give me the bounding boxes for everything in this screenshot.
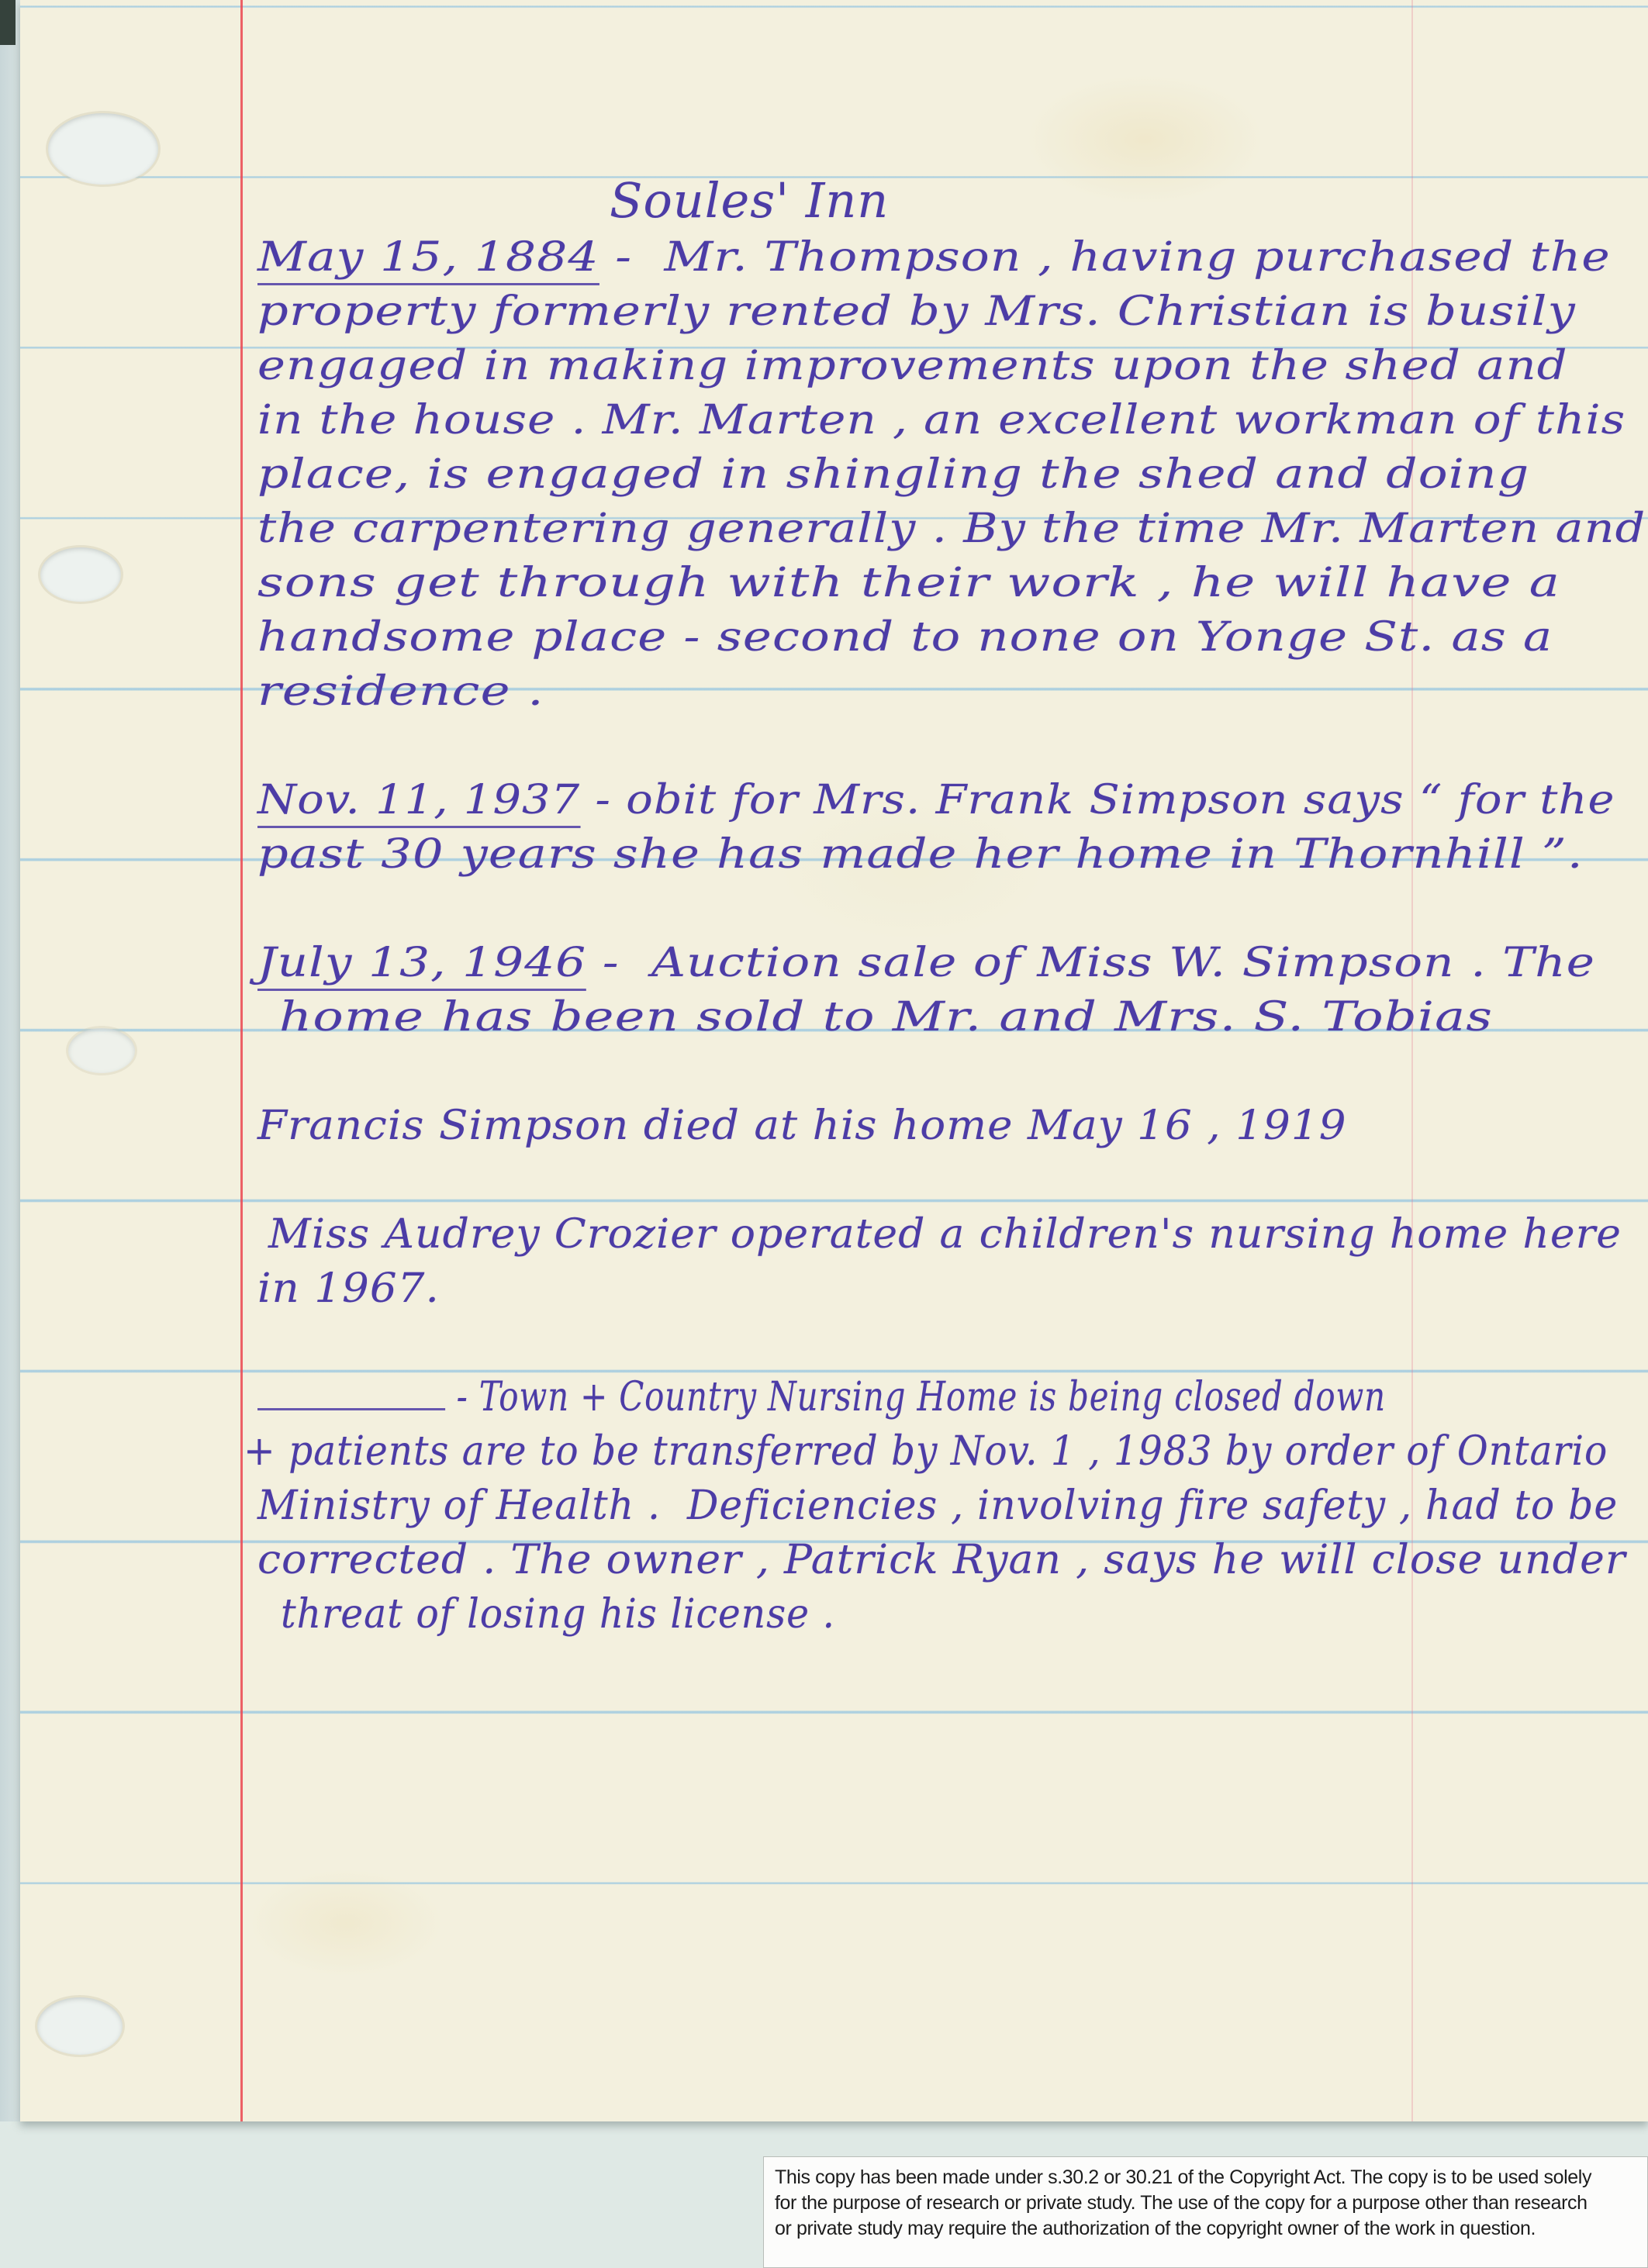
punch-hole: [37, 1997, 123, 2055]
handwritten-line-text: sons get through with their work , he wi…: [257, 560, 1560, 606]
handwritten-line-text: place, is engaged in shingling the shed …: [257, 451, 1529, 498]
handwritten-line: - Town + Country Nursing Home is being c…: [257, 1374, 1386, 1421]
handwritten-line: in 1967.: [257, 1265, 440, 1312]
scanned-page: Soules' Inn May 15, 1884 - Mr. Thompson …: [0, 0, 1648, 2268]
handwritten-line-text: - Town + Country Nursing Home is being c…: [457, 1374, 1386, 1421]
handwritten-line-text: in the house . Mr. Marten , an excellent…: [257, 397, 1626, 444]
underlined-date: May 15, 1884: [257, 234, 599, 285]
handwritten-line-text: + patients are to be transferred by Nov.…: [244, 1428, 1608, 1475]
handwritten-line-text: threat of losing his license .: [281, 1591, 835, 1638]
handwritten-line: corrected . The owner , Patrick Ryan , s…: [257, 1537, 1626, 1583]
handwritten-line: the carpentering generally . By the time…: [257, 506, 1646, 552]
handwritten-line-text: the carpentering generally . By the time…: [257, 506, 1646, 552]
scan-corner-artifact: [0, 0, 16, 45]
handwritten-line-text: - obit for Mrs. Frank Simpson says “ for…: [580, 777, 1615, 823]
handwritten-line: July 13, 1946 - Auction sale of Miss W. …: [257, 940, 1595, 986]
copyright-notice-line: for the purpose of research or private s…: [775, 2190, 1638, 2216]
blank-underline: [257, 1405, 445, 1410]
handwritten-line: Nov. 11, 1937 - obit for Mrs. Frank Simp…: [257, 777, 1615, 823]
handwritten-line: engaged in making improvements upon the …: [257, 343, 1568, 389]
copyright-notice-line: or private study may require the authori…: [775, 2216, 1638, 2242]
handwritten-line-text: - Auction sale of Miss W. Simpson . The: [586, 940, 1595, 986]
handwritten-line-text: - Mr. Thompson , having purchased the: [599, 234, 1611, 281]
punch-hole: [40, 547, 121, 602]
underlined-date: Nov. 11, 1937: [257, 777, 580, 828]
handwritten-line-text: engaged in making improvements upon the …: [257, 343, 1568, 389]
handwritten-line-text: past 30 years she has made her home in T…: [257, 831, 1584, 878]
handwritten-line-text: in 1967.: [257, 1265, 440, 1312]
handwritten-line-text: corrected . The owner , Patrick Ryan , s…: [257, 1537, 1626, 1583]
handwritten-line-text: Miss Audrey Crozier operated a children'…: [268, 1211, 1622, 1258]
scan-left-edge: [0, 0, 20, 2121]
underlined-date: July 13, 1946: [257, 940, 586, 991]
handwritten-line: + patients are to be transferred by Nov.…: [244, 1428, 1608, 1475]
punch-hole: [68, 1028, 135, 1073]
handwritten-line-text: property formerly rented by Mrs. Christi…: [257, 288, 1576, 335]
handwritten-line: handsome place - second to none on Yonge…: [257, 614, 1553, 661]
page-title: Soules' Inn: [610, 172, 889, 229]
handwritten-line: May 15, 1884 - Mr. Thompson , having pur…: [257, 234, 1611, 281]
handwritten-line: Francis Simpson died at his home May 16 …: [257, 1103, 1347, 1149]
handwritten-line: Miss Audrey Crozier operated a children'…: [268, 1211, 1622, 1258]
handwritten-line-text: Ministry of Health . Deficiencies , invo…: [257, 1483, 1618, 1529]
handwritten-line-text: Francis Simpson died at his home May 16 …: [257, 1103, 1347, 1149]
copyright-notice-line: This copy has been made under s.30.2 or …: [775, 2165, 1638, 2190]
handwritten-line: place, is engaged in shingling the shed …: [257, 451, 1529, 498]
handwritten-line: threat of losing his license .: [281, 1591, 835, 1638]
handwritten-line: sons get through with their work , he wi…: [257, 560, 1560, 606]
handwritten-line: past 30 years she has made her home in T…: [257, 831, 1584, 878]
handwritten-line: Ministry of Health . Deficiencies , invo…: [257, 1483, 1618, 1529]
handwritten-line: home has been sold to Mr. and Mrs. S. To…: [279, 994, 1493, 1041]
copyright-notice-label: This copy has been made under s.30.2 or …: [763, 2156, 1648, 2268]
punch-hole: [48, 113, 158, 185]
handwritten-line: property formerly rented by Mrs. Christi…: [257, 288, 1576, 335]
handwritten-line: in the house . Mr. Marten , an excellent…: [257, 397, 1626, 444]
red-margin-line: [240, 0, 243, 2121]
handwritten-line-text: home has been sold to Mr. and Mrs. S. To…: [279, 994, 1493, 1041]
handwritten-line: residence .: [257, 668, 544, 715]
handwritten-line-text: handsome place - second to none on Yonge…: [257, 614, 1553, 661]
handwritten-line-text: residence .: [257, 668, 544, 715]
